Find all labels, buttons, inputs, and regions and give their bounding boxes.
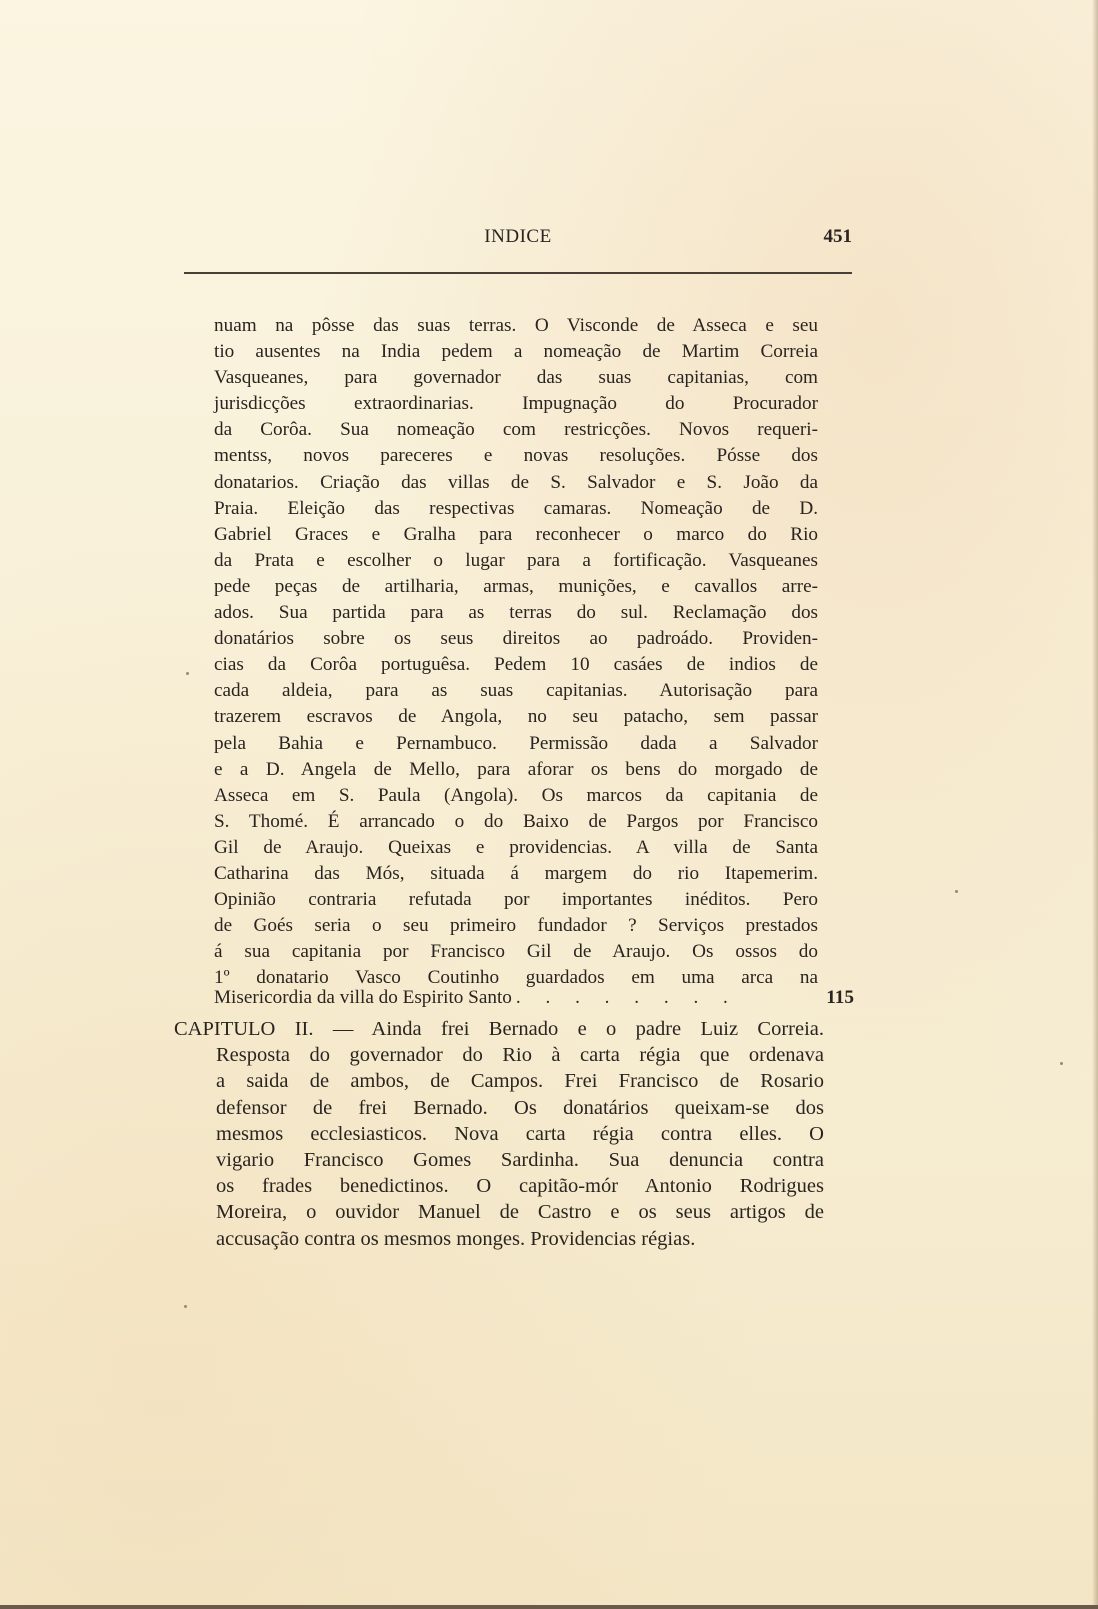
text-line: accusação contra os mesmos monges. Provi… [174, 1226, 824, 1252]
text-line: S. Thomé. É arrancado o do Baixo de Parg… [214, 809, 818, 835]
text-line: mesmos ecclesiasticos. Nova carta régia … [174, 1121, 824, 1147]
text-line: donatários sobre os seus direitos ao pad… [214, 626, 818, 652]
text-line: os frades benedictinos. O capitão-mór An… [174, 1173, 824, 1199]
text-line: Praia. Eleição das respectivas camaras. … [214, 496, 818, 522]
text-line: Gil de Araujo. Queixas e providencias. A… [214, 835, 818, 861]
text-line: Vasqueanes, para governador das suas cap… [214, 365, 818, 391]
text-line: Catharina das Mós, situada á margem do r… [214, 861, 818, 887]
paper-speck [186, 672, 189, 675]
text-line: Gabriel Graces e Gralha para reconhecer … [214, 522, 818, 548]
paper-speck [184, 1305, 187, 1308]
text-line: da Prata e escolher o lugar para a forti… [214, 548, 818, 574]
text-line: trazerem escravos de Angola, no seu pata… [214, 704, 818, 730]
text-line: Moreira, o ouvidor Manuel de Castro e os… [174, 1199, 824, 1225]
text-line: e a D. Angela de Mello, para aforar os b… [214, 757, 818, 783]
page-bottom-border [0, 1605, 1098, 1609]
header-title: INDICE [184, 226, 852, 248]
chapter-heading-line: CAPITULO II. — Ainda frei Bernado e o pa… [174, 1016, 824, 1042]
text-line: mentss, novos pareceres e novas resoluçõ… [214, 443, 818, 469]
text-line: donatarios. Criação das villas de S. Sal… [214, 470, 818, 496]
text-line: Resposta do governador do Rio à carta ré… [174, 1042, 824, 1068]
leader-dots: . . . . . . . . [516, 987, 738, 1008]
page-edge-shadow [1092, 0, 1098, 1609]
entry-final-line: Misericordia da villa do Espirito Santo.… [214, 985, 854, 1011]
paper-speck [955, 890, 958, 893]
scanned-page: INDICE 451 nuam na pôsse das suas terras… [0, 0, 1098, 1609]
page-reference: 115 [826, 985, 854, 1011]
page-number: 451 [824, 226, 853, 248]
continued-index-entry: nuam na pôsse das suas terras. O Viscond… [214, 313, 818, 991]
header-rule-divider [184, 272, 852, 274]
text-line: nuam na pôsse das suas terras. O Viscond… [214, 313, 818, 339]
final-line-text: Misericordia da villa do Espirito Santo [214, 987, 512, 1008]
running-header: INDICE 451 [184, 226, 852, 256]
text-line: cada aldeia, para as suas capitanias. Au… [214, 678, 818, 704]
text-line: defensor de frei Bernado. Os donatários … [174, 1095, 824, 1121]
text-line: á sua capitania por Francisco Gil de Ara… [214, 939, 818, 965]
text-line: a saida de ambos, de Campos. Frei Franci… [174, 1068, 824, 1094]
text-line: pede peças de artilharia, armas, muniçõe… [214, 574, 818, 600]
text-line: Asseca em S. Paula (Angola). Os marcos d… [214, 783, 818, 809]
text-line: pela Bahia e Pernambuco. Permissão dada … [214, 731, 818, 757]
text-line: de Goés seria o seu primeiro fundador ? … [214, 913, 818, 939]
text-line: jurisdicções extraordinarias. Impugnação… [214, 391, 818, 417]
text-line: ados. Sua partida para as terras do sul.… [214, 600, 818, 626]
text-line: Opinião contraria refutada por important… [214, 887, 818, 913]
text-line: vigario Francisco Gomes Sardinha. Sua de… [174, 1147, 824, 1173]
text-line: tio ausentes na India pedem a nomeação d… [214, 339, 818, 365]
text-line: cias da Corôa portuguêsa. Pedem 10 casáe… [214, 652, 818, 678]
text-line: da Corôa. Sua nomeação com restricções. … [214, 417, 818, 443]
chapter-index-entry: CAPITULO II. — Ainda frei Bernado e o pa… [174, 1016, 824, 1252]
paper-speck [1060, 1062, 1063, 1065]
